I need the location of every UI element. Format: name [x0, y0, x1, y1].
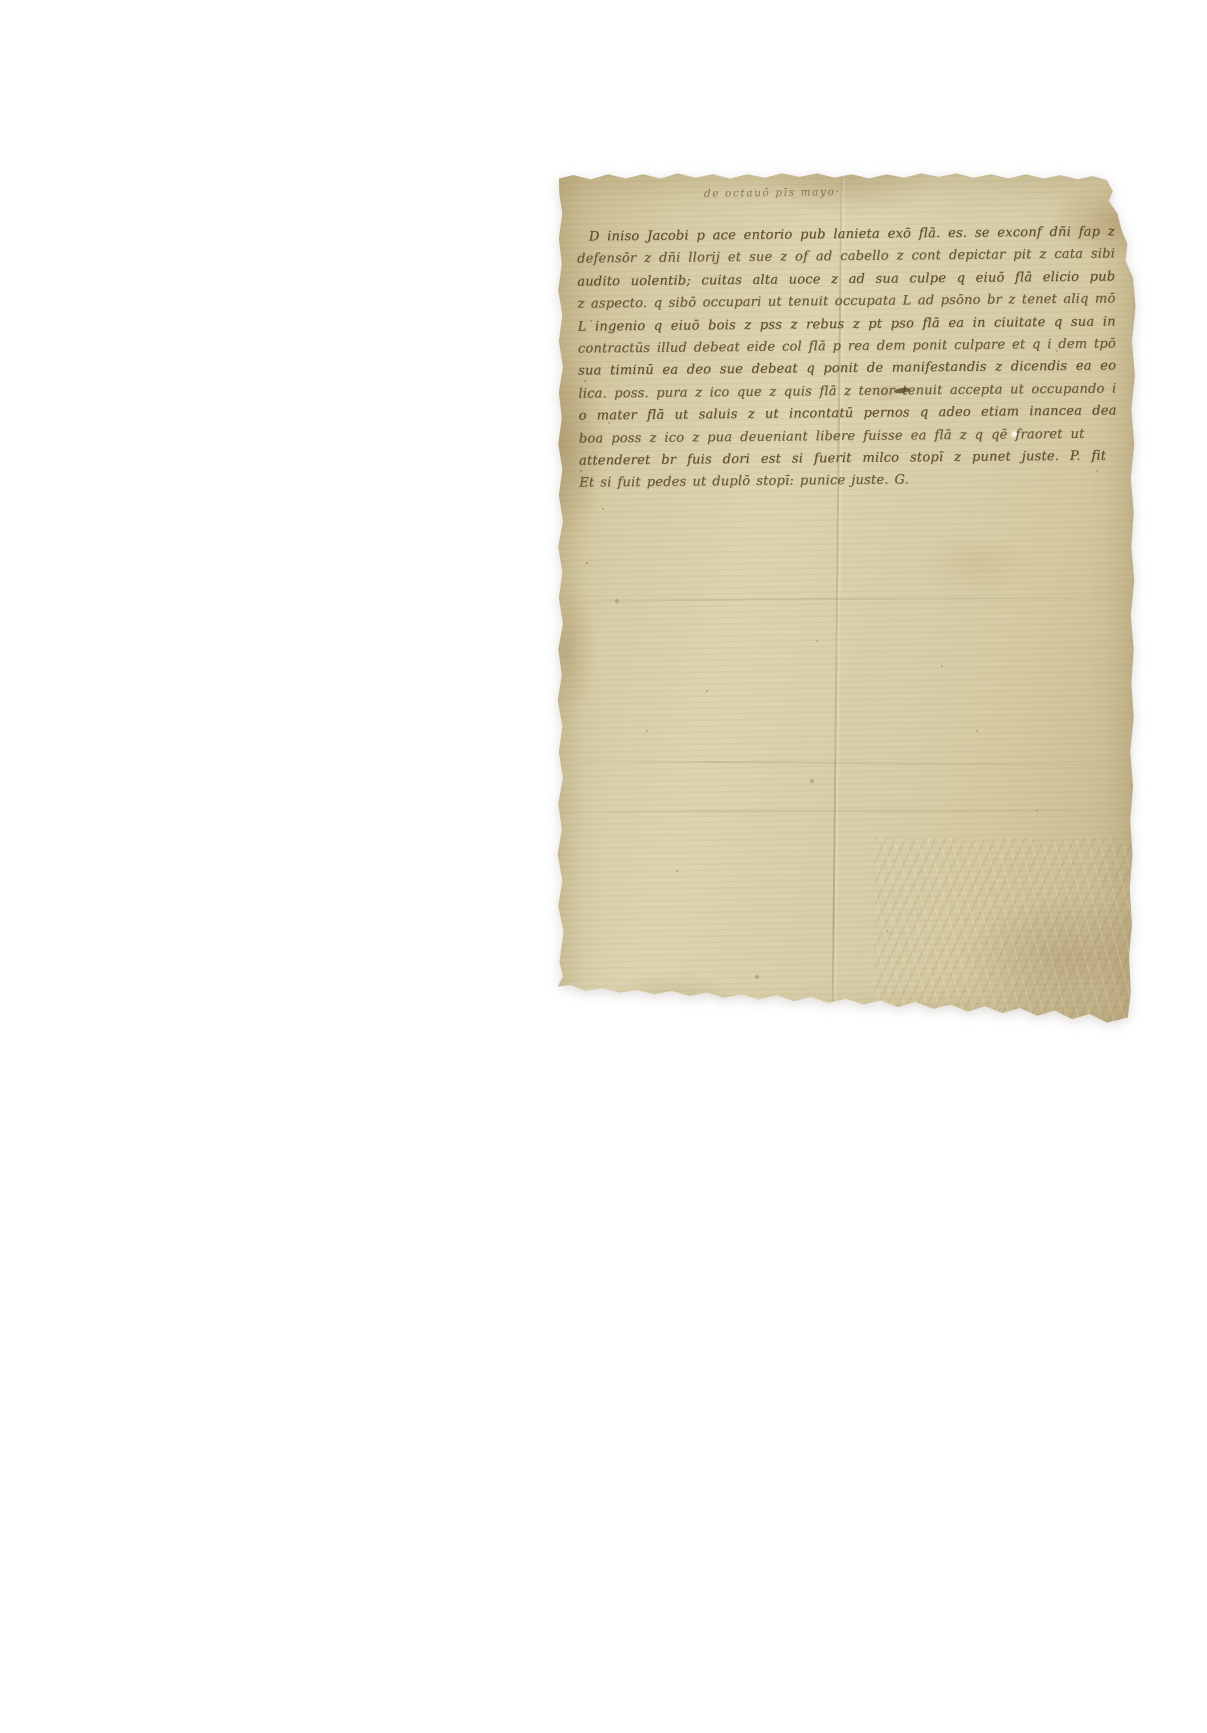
text-line-12: Et si fuit pedes ut duplō stopī: punice … [579, 469, 934, 495]
text-line-11: attenderet br fuis dori est si fuerit mi… [579, 445, 1106, 472]
crumple-marks [875, 838, 1136, 1026]
page-heading: de octauō pīs mayo· [704, 186, 841, 200]
paper-specks [556, 170, 558, 172]
scan-canvas: de octauō pīs mayo· D iniso Jacobi p ace… [0, 0, 1207, 1733]
manuscript-page: de octauō pīs mayo· D iniso Jacobi p ace… [556, 170, 1136, 1026]
paper-shadow-wrap: de octauō pīs mayo· D iniso Jacobi p ace… [0, 0, 1207, 1733]
manuscript-text-block: D iniso Jacobi p ace entorio pub lanieta… [577, 221, 1118, 495]
